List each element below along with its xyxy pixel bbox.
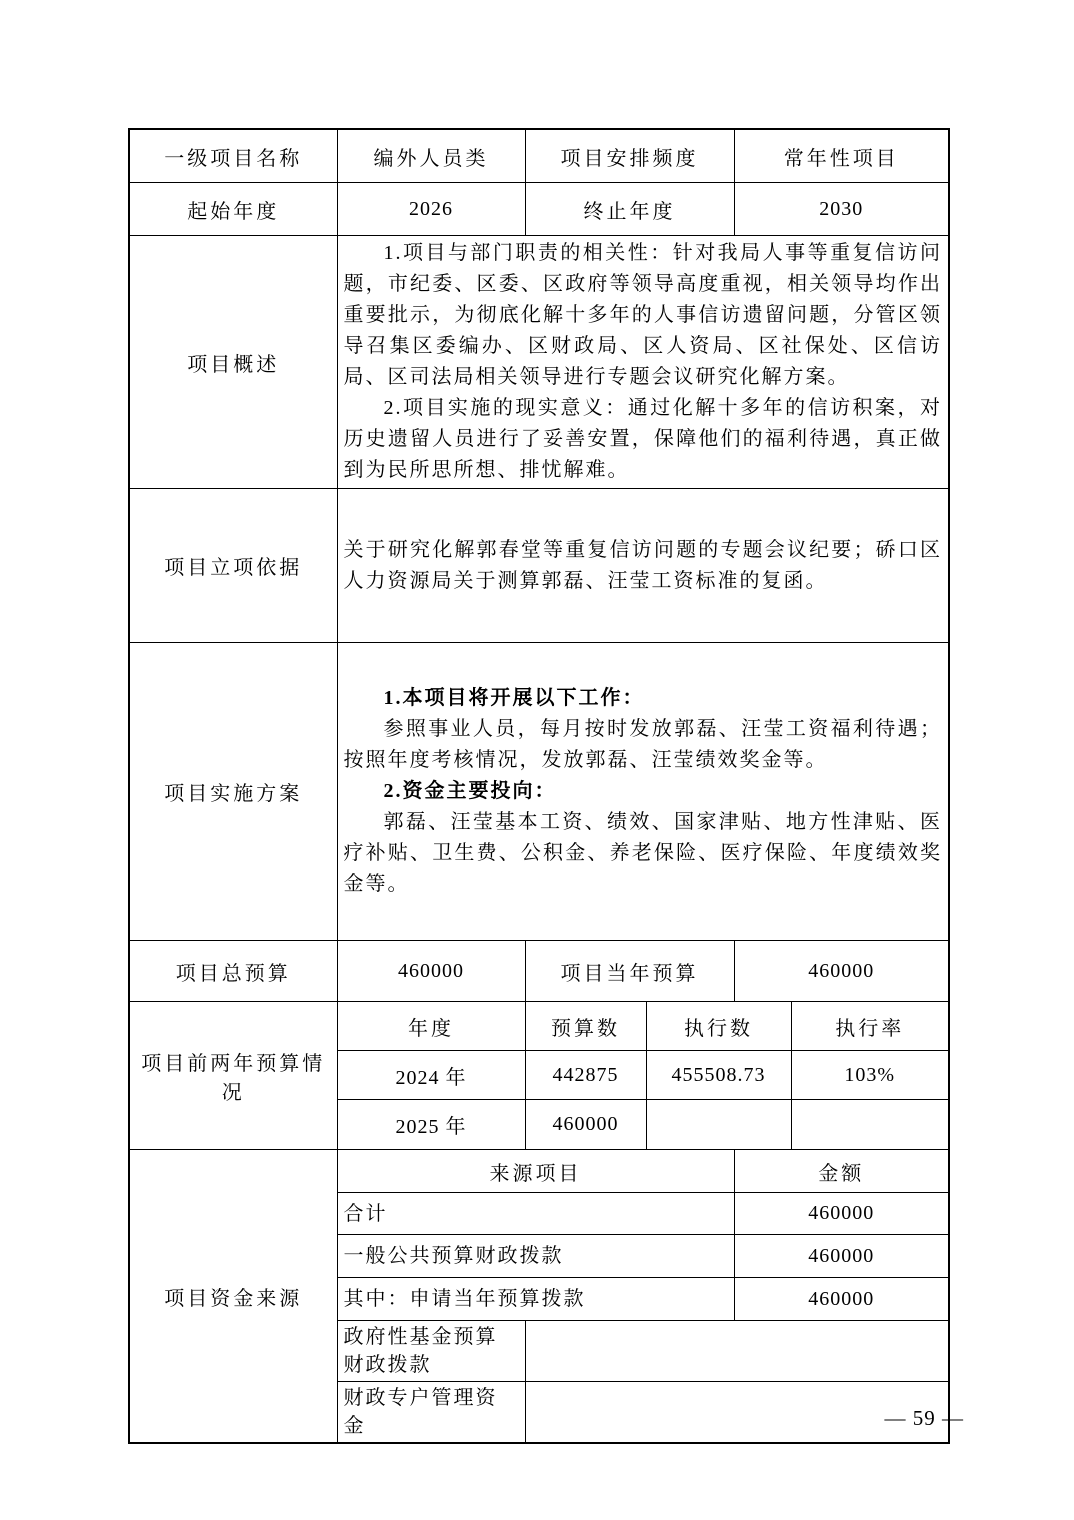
- history-header-rate: 执行率: [791, 1002, 949, 1051]
- history-section-label: 项目前两年预算情况: [129, 1002, 337, 1150]
- overview-label: 项目概述: [129, 236, 337, 489]
- basis-text-cell: 关于研究化解郭春堂等重复信访问题的专题会议纪要；硚口区人力资源局关于测算郭磊、汪…: [337, 489, 949, 643]
- overview-text-cell: 1.项目与部门职责的相关性：针对我局人事等重复信访问题，市纪委、区委、区政府等领…: [337, 236, 949, 489]
- plan-paragraph-1: 参照事业人员，每月按时发放郭磊、汪莹工资福利待遇；按照年度考核情况，发放郭磊、汪…: [344, 714, 943, 776]
- funding-header-source: 来源项目: [337, 1150, 734, 1193]
- funding-public-budget-amount: 460000: [734, 1235, 949, 1278]
- table-row: 项目实施方案 1.本项目将开展以下工作： 参照事业人员，每月按时发放郭磊、汪莹工…: [129, 643, 949, 941]
- current-budget-value: 460000: [734, 941, 949, 1002]
- table-row: 项目立项依据 关于研究化解郭春堂等重复信访问题的专题会议纪要；硚口区人力资源局关…: [129, 489, 949, 643]
- project-budget-table: 一级项目名称 编外人员类 项目安排频度 常年性项目 起始年度 2026 终止年度…: [128, 128, 950, 1444]
- frequency-label: 项目安排频度: [525, 129, 734, 183]
- page-number: — 59 —: [885, 1406, 965, 1431]
- plan-heading-1: 1.本项目将开展以下工作：: [344, 683, 943, 714]
- history-2025-rate: [791, 1100, 949, 1150]
- current-budget-label: 项目当年预算: [525, 941, 734, 1002]
- history-header-budget: 预算数: [525, 1002, 646, 1051]
- start-year-value: 2026: [337, 183, 525, 236]
- history-2025-executed: [646, 1100, 791, 1150]
- project-name-label: 一级项目名称: [129, 129, 337, 183]
- table-row: 项目前两年预算情况 年度 预算数 执行数 执行率: [129, 1002, 949, 1051]
- total-budget-value: 460000: [337, 941, 525, 1002]
- funding-total-amount: 460000: [734, 1193, 949, 1235]
- history-header-year: 年度: [337, 1002, 525, 1051]
- funding-gov-fund-name: 政府性基金预算财政拨款: [337, 1321, 525, 1382]
- plan-paragraph-2: 郭磊、汪莹基本工资、绩效、国家津贴、地方性津贴、医疗补贴、卫生费、公积金、养老保…: [344, 807, 943, 900]
- history-2025-year: 2025 年: [337, 1100, 525, 1150]
- funding-special-account-name: 财政专户管理资金: [337, 1382, 525, 1444]
- funding-gov-fund-amount: [525, 1321, 949, 1382]
- basis-label: 项目立项依据: [129, 489, 337, 643]
- funding-header-amount: 金额: [734, 1150, 949, 1193]
- total-budget-label: 项目总预算: [129, 941, 337, 1002]
- table-row: 项目总预算 460000 项目当年预算 460000: [129, 941, 949, 1002]
- table-row: 项目概述 1.项目与部门职责的相关性：针对我局人事等重复信访问题，市纪委、区委、…: [129, 236, 949, 489]
- plan-heading-2: 2.资金主要投向：: [344, 776, 943, 807]
- project-name-value: 编外人员类: [337, 129, 525, 183]
- funding-section-label: 项目资金来源: [129, 1150, 337, 1444]
- funding-total-name: 合计: [337, 1193, 734, 1235]
- funding-public-budget-name: 一般公共预算财政拨款: [337, 1235, 734, 1278]
- overview-paragraph-2: 2.项目实施的现实意义：通过化解十多年的信访积案，对历史遗留人员进行了妥善安置，…: [344, 393, 943, 486]
- funding-current-year-amount: 460000: [734, 1278, 949, 1321]
- funding-current-year-name: 其中：申请当年预算拨款: [337, 1278, 734, 1321]
- table-row: 起始年度 2026 终止年度 2030: [129, 183, 949, 236]
- history-2024-budget: 442875: [525, 1051, 646, 1100]
- history-2024-executed: 455508.73: [646, 1051, 791, 1100]
- overview-paragraph-1: 1.项目与部门职责的相关性：针对我局人事等重复信访问题，市纪委、区委、区政府等领…: [344, 238, 943, 393]
- history-header-executed: 执行数: [646, 1002, 791, 1051]
- plan-label: 项目实施方案: [129, 643, 337, 941]
- history-2024-year: 2024 年: [337, 1051, 525, 1100]
- history-2025-budget: 460000: [525, 1100, 646, 1150]
- start-year-label: 起始年度: [129, 183, 337, 236]
- document-page: 一级项目名称 编外人员类 项目安排频度 常年性项目 起始年度 2026 终止年度…: [0, 0, 1074, 1520]
- frequency-value: 常年性项目: [734, 129, 949, 183]
- history-2024-rate: 103%: [791, 1051, 949, 1100]
- table-row: 一级项目名称 编外人员类 项目安排频度 常年性项目: [129, 129, 949, 183]
- end-year-label: 终止年度: [525, 183, 734, 236]
- table-row: 项目资金来源 来源项目 金额: [129, 1150, 949, 1193]
- end-year-value: 2030: [734, 183, 949, 236]
- basis-paragraph: 关于研究化解郭春堂等重复信访问题的专题会议纪要；硚口区人力资源局关于测算郭磊、汪…: [344, 535, 943, 597]
- plan-text-cell: 1.本项目将开展以下工作： 参照事业人员，每月按时发放郭磊、汪莹工资福利待遇；按…: [337, 643, 949, 941]
